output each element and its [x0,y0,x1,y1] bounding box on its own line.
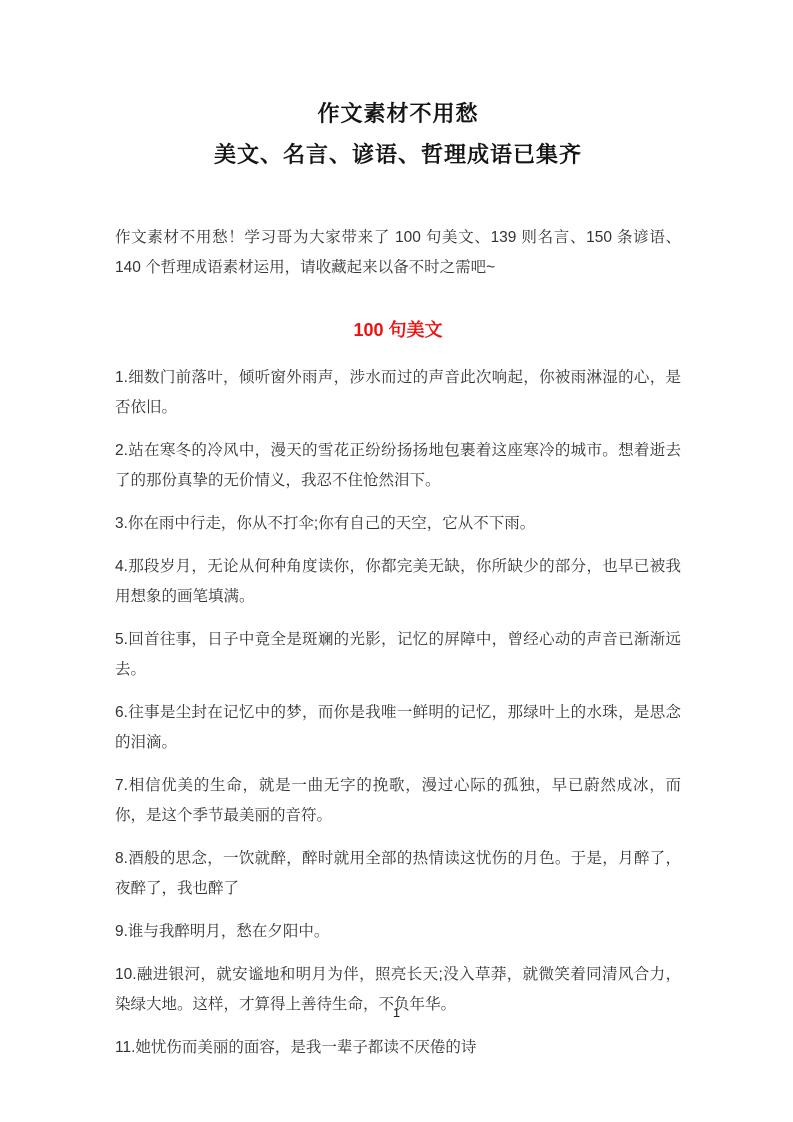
list-item: 11.她忧伤而美丽的面容，是我一辈子都读不厌倦的诗 [115,1033,681,1063]
section-heading: 100 句美文 [115,318,681,342]
document-title-line2: 美文、名言、谚语、哲理成语已集齐 [115,134,681,175]
sentence-list: 1.细数门前落叶，倾听窗外雨声，涉水而过的声音此次响起，你被雨淋湿的心，是否依旧… [115,363,681,1063]
page-footer: 1 [0,1005,793,1020]
list-item: 1.细数门前落叶，倾听窗外雨声，涉水而过的声音此次响起，你被雨淋湿的心，是否依旧… [115,363,681,423]
list-item: 2.站在寒冬的冷风中，漫天的雪花正纷纷扬扬地包裹着这座寒冷的城市。想着逝去了的那… [115,436,681,496]
document-title: 作文素材不用愁 美文、名言、谚语、哲理成语已集齐 [115,93,681,175]
list-item: 8.酒般的思念，一饮就醉，醉时就用全部的热情读这忧伤的月色。于是，月醉了，夜醉了… [115,844,681,904]
list-item: 5.回首往事，日子中竟全是斑斓的光影，记忆的屏障中，曾经心动的声音已渐渐远去。 [115,625,681,685]
document-title-line1: 作文素材不用愁 [115,93,681,134]
list-item: 9.谁与我醉明月，愁在夕阳中。 [115,917,681,947]
page-number: 1 [393,1005,400,1020]
list-item: 7.相信优美的生命，就是一曲无字的挽歌，漫过心际的孤独，早已蔚然成冰，而你，是这… [115,771,681,831]
intro-paragraph: 作文素材不用愁！学习哥为大家带来了 100 句美文、139 则名言、150 条谚… [115,223,681,283]
document-page: 作文素材不用愁 美文、名言、谚语、哲理成语已集齐 作文素材不用愁！学习哥为大家带… [0,0,793,1122]
list-item: 3.你在雨中行走，你从不打伞;你有自己的天空，它从不下雨。 [115,509,681,539]
list-item: 6.往事是尘封在记忆中的梦，而你是我唯一鲜明的记忆，那绿叶上的水珠，是思念的泪滴… [115,698,681,758]
list-item: 4.那段岁月，无论从何种角度读你，你都完美无缺，你所缺少的部分，也早已被我用想象… [115,552,681,612]
